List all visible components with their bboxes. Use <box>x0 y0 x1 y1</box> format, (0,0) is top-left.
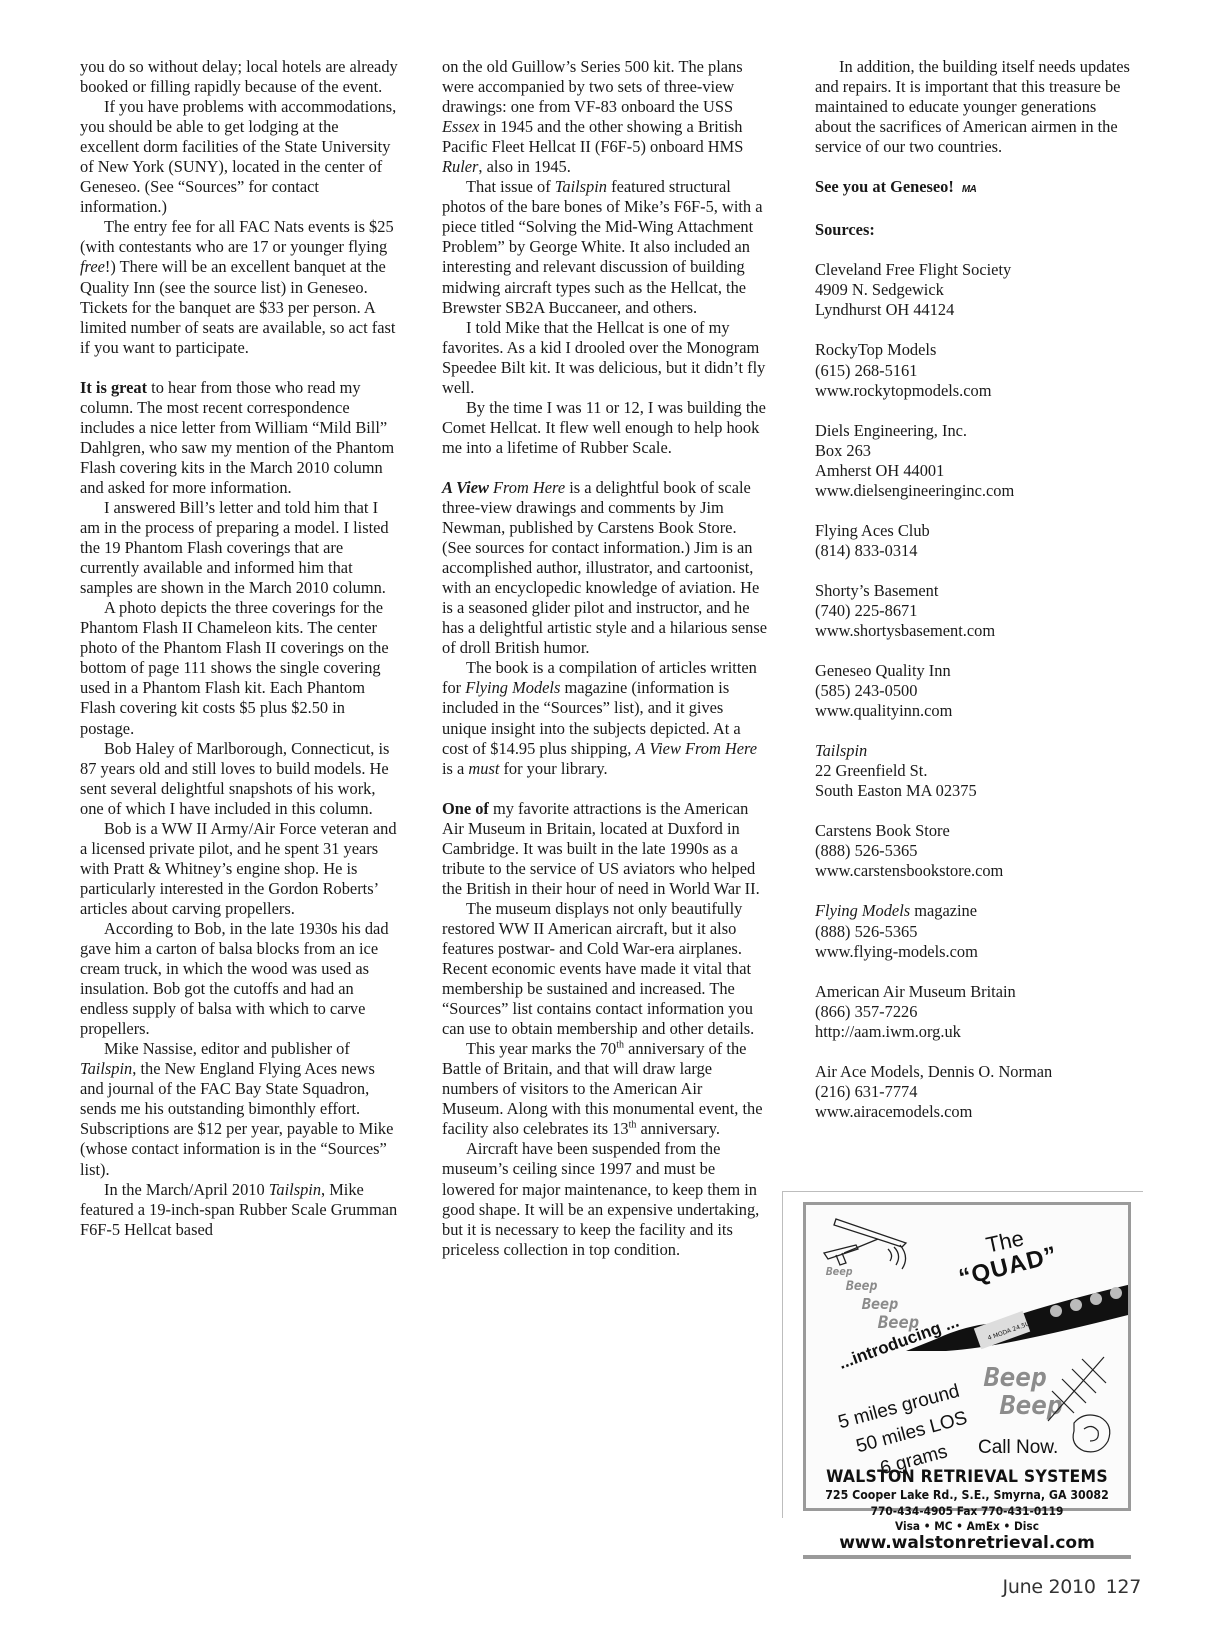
source-entry: RockyTop Models (615) 268-5161 www.rocky… <box>815 340 1135 400</box>
source-phone: (740) 225-8671 <box>815 601 1135 621</box>
paragraph: It is great to hear from those who read … <box>80 378 400 498</box>
source-website[interactable]: www.flying-models.com <box>815 942 1135 962</box>
text-run: for your library. <box>499 759 607 778</box>
text-run: on the old Guillow’s Series 500 kit. The… <box>442 57 743 116</box>
source-name: Shorty’s Basement <box>815 581 1135 601</box>
text-run: my favorite attractions is the American … <box>442 799 760 898</box>
source-phone: (888) 526-5365 <box>815 922 1135 942</box>
paragraph: One of my favorite attractions is the Am… <box>442 799 767 899</box>
source-name: Cleveland Free Flight Society <box>815 260 1135 280</box>
source-website[interactable]: http://aam.iwm.org.uk <box>815 1022 1135 1042</box>
source-phone: (615) 268-5161 <box>815 361 1135 381</box>
source-phone: (814) 833-0314 <box>815 541 1135 561</box>
text-run: in 1945 and the other showing a British … <box>442 117 743 156</box>
source-website[interactable]: www.carstensbookstore.com <box>815 861 1135 881</box>
text-run: magazine <box>910 901 977 920</box>
source-website[interactable]: www.airacemodels.com <box>815 1102 1135 1122</box>
text-run: featured structural photos of the bare b… <box>442 177 763 316</box>
paragraph: According to Bob, in the late 1930s his … <box>80 919 400 1039</box>
ad-website[interactable]: www.walstonretrieval.com <box>803 1533 1131 1553</box>
publication-title: Flying Models <box>815 901 910 920</box>
source-entry: Flying Aces Club (814) 833-0314 <box>815 521 1135 561</box>
ship-name: Essex <box>442 117 479 136</box>
source-name: Geneseo Quality Inn <box>815 661 1135 681</box>
text-run: This year marks the 70 <box>466 1039 616 1058</box>
beep-text: Beep <box>826 1265 853 1278</box>
source-entry: Geneseo Quality Inn (585) 243-0500 www.q… <box>815 661 1135 721</box>
text-run: !) There will be an excellent banquet at… <box>80 257 395 356</box>
paragraph: The entry fee for all FAC Nats events is… <box>80 217 400 357</box>
source-address: 22 Greenfield St. <box>815 761 1135 781</box>
ad-company-name: WALSTON RETRIEVAL SYSTEMS <box>819 1467 1115 1487</box>
text-run: Mike Nassise, editor and publisher of <box>104 1039 350 1058</box>
emphasis: free <box>80 257 105 276</box>
source-website[interactable]: www.shortysbasement.com <box>815 621 1135 641</box>
ad-phone: 770-434-4905 Fax 770-431-0119 <box>816 1504 1118 1518</box>
publication-title: Tailspin <box>80 1059 132 1078</box>
paragraph: A photo depicts the three coverings for … <box>80 598 400 738</box>
closing-line: See you at Geneseo!MA <box>815 177 1135 200</box>
publication-title: Tailspin <box>269 1180 321 1199</box>
paragraph: Bob is a WW II Army/Air Force veteran an… <box>80 819 400 919</box>
publication-title: Tailspin <box>555 177 607 196</box>
walston-advertisement: Beep Beep Beep Beep The “QUAD” 4 MODA 24… <box>803 1202 1131 1511</box>
source-city: South Easton MA 02375 <box>815 781 1135 801</box>
paragraph: you do so without delay; local hotels ar… <box>80 57 400 97</box>
paragraph: Bob Haley of Marlborough, Connecticut, i… <box>80 739 400 819</box>
source-entry: American Air Museum Britain (866) 357-72… <box>815 982 1135 1042</box>
source-entry: Carstens Book Store (888) 526-5365 www.c… <box>815 821 1135 881</box>
glider-plane-icon <box>816 1213 926 1273</box>
source-entry: Flying Models magazine (888) 526-5365 ww… <box>815 901 1135 961</box>
emphasis: must <box>468 759 499 778</box>
source-website[interactable]: www.qualityinn.com <box>815 701 1135 721</box>
ad-border-bottom <box>803 1555 1131 1559</box>
source-phone: (888) 526-5365 <box>815 841 1135 861</box>
source-city: Lyndhurst OH 44124 <box>815 300 1135 320</box>
beep-text: Beep <box>862 1295 898 1313</box>
article-column-3: In addition, the building itself needs u… <box>815 57 1135 1122</box>
ordinal-suffix: th <box>616 1040 624 1051</box>
text-run: That issue of <box>466 177 555 196</box>
paragraph: In the March/April 2010 Tailspin, Mike f… <box>80 1180 400 1240</box>
ad-call-now: Call Now. <box>978 1437 1058 1459</box>
ad-address: 725 Cooper Lake Rd., S.E., Smyrna, GA 30… <box>816 1488 1118 1502</box>
source-address: 4909 N. Sedgewick <box>815 280 1135 300</box>
source-phone: (216) 631-7774 <box>815 1082 1135 1102</box>
publication-title: Flying Models <box>465 678 560 697</box>
source-name: American Air Museum Britain <box>815 982 1135 1002</box>
source-website[interactable]: www.dielsengineeringinc.com <box>815 481 1135 501</box>
paragraph: I told Mike that the Hellcat is one of m… <box>442 318 767 398</box>
issue-date: June 2010 <box>1003 1576 1096 1598</box>
source-entry: Cleveland Free Flight Society 4909 N. Se… <box>815 260 1135 320</box>
source-name: Diels Engineering, Inc. <box>815 421 1135 441</box>
lead-in: One of <box>442 799 489 818</box>
text-run: is a delightful book of scale three-view… <box>442 478 767 657</box>
paragraph: That issue of Tailspin featured structur… <box>442 177 767 317</box>
source-entry: Shorty’s Basement (740) 225-8671 www.sho… <box>815 581 1135 641</box>
lead-in: It is great <box>80 378 147 397</box>
paragraph: This year marks the 70th anniversary of … <box>442 1039 767 1139</box>
page-number: 127 <box>1106 1576 1141 1598</box>
beep-text: Beep <box>846 1279 877 1294</box>
source-address: Box 263 <box>815 441 1135 461</box>
paragraph: Aircraft have been suspended from the mu… <box>442 1139 767 1259</box>
sources-heading: Sources: <box>815 220 1135 240</box>
ad-accepted-cards: Visa • MC • AmEx • Disc <box>816 1519 1118 1533</box>
article-column-2: on the old Guillow’s Series 500 kit. The… <box>442 57 767 1260</box>
paragraph: The museum displays not only beautifully… <box>442 899 767 1039</box>
article-column-1: you do so without delay; local hotels ar… <box>80 57 400 1240</box>
source-name: Carstens Book Store <box>815 821 1135 841</box>
source-phone: (585) 243-0500 <box>815 681 1135 701</box>
source-name: Air Ace Models, Dennis O. Norman <box>815 1062 1135 1082</box>
paragraph: on the old Guillow’s Series 500 kit. The… <box>442 57 767 177</box>
text-run: The entry fee for all FAC Nats events is… <box>80 217 394 256</box>
source-entry: Air Ace Models, Dennis O. Norman (216) 6… <box>815 1062 1135 1122</box>
author-signature-mark: MA <box>962 184 977 195</box>
paragraph: In addition, the building itself needs u… <box>815 57 1135 157</box>
paragraph: I answered Bill’s letter and told him th… <box>80 498 400 598</box>
paragraph: If you have problems with accommodations… <box>80 97 400 217</box>
source-name: Flying Models magazine <box>815 901 1135 921</box>
source-entry: Diels Engineering, Inc. Box 263 Amherst … <box>815 421 1135 501</box>
closing-text: See you at Geneseo! <box>815 177 954 196</box>
ship-name: Ruler <box>442 157 478 176</box>
paragraph: Mike Nassise, editor and publisher of Ta… <box>80 1039 400 1179</box>
source-entry: Tailspin 22 Greenfield St. South Easton … <box>815 741 1135 801</box>
text-run: , also in 1945. <box>478 157 570 176</box>
source-city: Amherst OH 44001 <box>815 461 1135 481</box>
paragraph: The book is a compilation of articles wr… <box>442 658 767 778</box>
paragraph: A View From Here is a delightful book of… <box>442 478 767 658</box>
book-title: From Here <box>489 478 565 497</box>
beep-text-large: Beep <box>984 1363 1047 1393</box>
book-title: A View From Here <box>636 739 758 758</box>
source-website[interactable]: www.rockytopmodels.com <box>815 381 1135 401</box>
text-run: is a <box>442 759 468 778</box>
lead-in: A View <box>442 478 489 497</box>
source-name: RockyTop Models <box>815 340 1135 360</box>
page-footer: June 2010127 <box>1003 1576 1141 1598</box>
quad-transmitter-icon: 4 MODA 24.5U <box>906 1269 1131 1359</box>
text-run: In the March/April 2010 <box>104 1180 269 1199</box>
source-name: Tailspin <box>815 741 867 760</box>
source-name: Flying Aces Club <box>815 521 1135 541</box>
ad-contact-block: 725 Cooper Lake Rd., S.E., Smyrna, GA 30… <box>803 1488 1131 1553</box>
source-phone: (866) 357-7226 <box>815 1002 1135 1022</box>
text-run: anniversary. <box>636 1119 720 1138</box>
paragraph: By the time I was 11 or 12, I was buildi… <box>442 398 767 458</box>
